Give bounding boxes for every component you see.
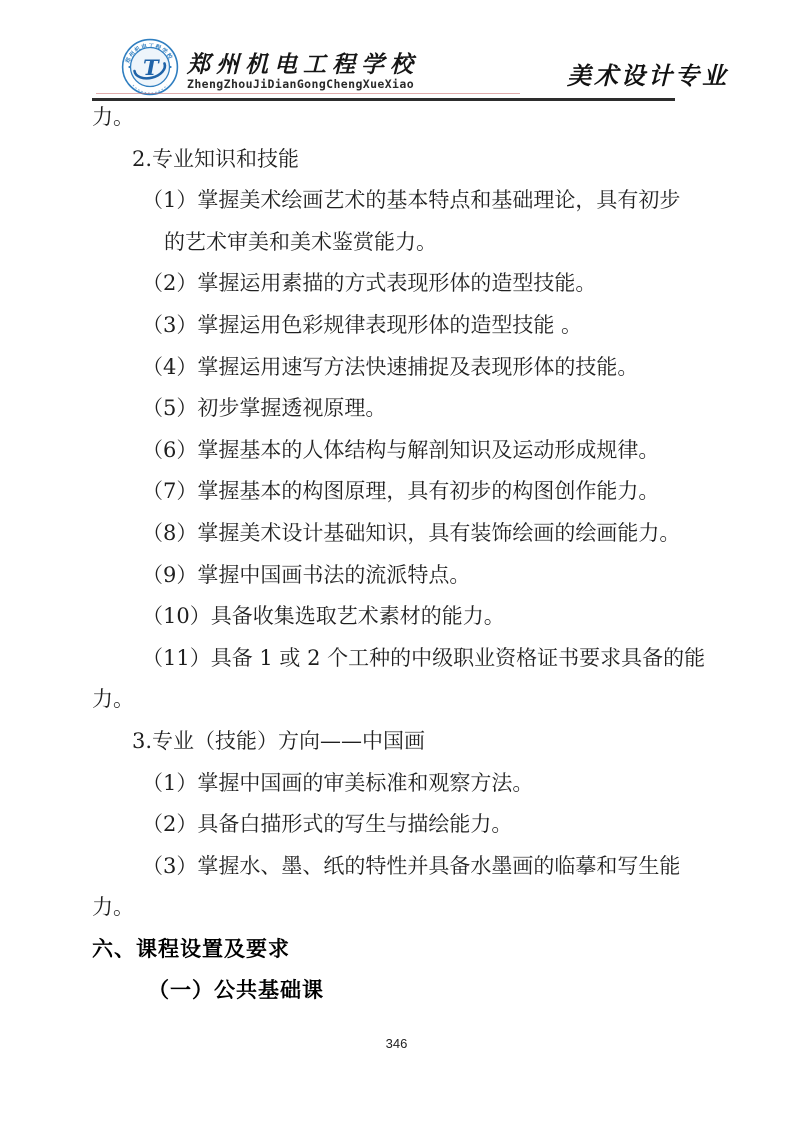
page-number: 346 (0, 1036, 793, 1051)
text-line: （1）掌握中国画的审美标准和观察方法。 (92, 763, 688, 805)
text-line: （5）初步掌握透视原理。 (92, 388, 688, 430)
text-line: （3）掌握水、墨、纸的特性并具备水墨画的临摹和写生能 (92, 846, 688, 888)
document-body: 力。2.专业知识和技能（1）掌握美术绘画艺术的基本特点和基础理论，具有初步的艺术… (92, 97, 688, 1012)
page-header: 郑州机电工程学校 T 郑州机电工程学校 ZhengZhouJiDianGongC… (0, 0, 793, 102)
text-line: 六、课程设置及要求 (92, 929, 688, 971)
school-name-pinyin: ZhengZhouJiDianGongChengXueXiao (187, 77, 414, 91)
text-line: （2）掌握运用素描的方式表现形体的造型技能。 (92, 263, 688, 305)
text-line: 力。 (92, 887, 688, 929)
text-line: 3.专业（技能）方向——中国画 (92, 721, 688, 763)
school-name-chinese: 郑州机电工程学校 (187, 46, 419, 79)
document-page: 郑州机电工程学校 T 郑州机电工程学校 ZhengZhouJiDianGongC… (0, 0, 793, 1122)
text-line: （4）掌握运用速写方法快速捕捉及表现形体的技能。 (92, 347, 688, 389)
header-red-rule (96, 93, 520, 94)
text-line: （11）具备 1 或 2 个工种的中级职业资格证书要求具备的能 (92, 638, 688, 680)
school-logo: 郑州机电工程学校 T (121, 38, 179, 96)
text-line: 力。 (92, 679, 688, 721)
text-line: （6）掌握基本的人体结构与解剖知识及运动形成规律。 (92, 430, 688, 472)
text-line: （10）具备收集选取艺术素材的能力。 (92, 596, 688, 638)
text-line: （2）具备白描形式的写生与描绘能力。 (92, 804, 688, 846)
school-logo-icon: 郑州机电工程学校 T (121, 38, 179, 96)
logo-letter: T (143, 55, 160, 80)
text-line: （7）掌握基本的构图原理，具有初步的构图创作能力。 (92, 471, 688, 513)
text-line: （8）掌握美术设计基础知识，具有装饰绘画的绘画能力。 (92, 513, 688, 555)
text-line: 的艺术审美和美术鉴赏能力。 (92, 222, 688, 264)
text-line: （一）公共基础课 (92, 970, 688, 1012)
text-line: 力。 (92, 97, 688, 139)
text-line: （1）掌握美术绘画艺术的基本特点和基础理论，具有初步 (92, 180, 688, 222)
major-label: 美术设计专业 (567, 56, 729, 91)
text-line: （3）掌握运用色彩规律表现形体的造型技能 。 (92, 305, 688, 347)
text-line: 2.专业知识和技能 (92, 139, 688, 181)
text-line: （9）掌握中国画书法的流派特点。 (92, 555, 688, 597)
